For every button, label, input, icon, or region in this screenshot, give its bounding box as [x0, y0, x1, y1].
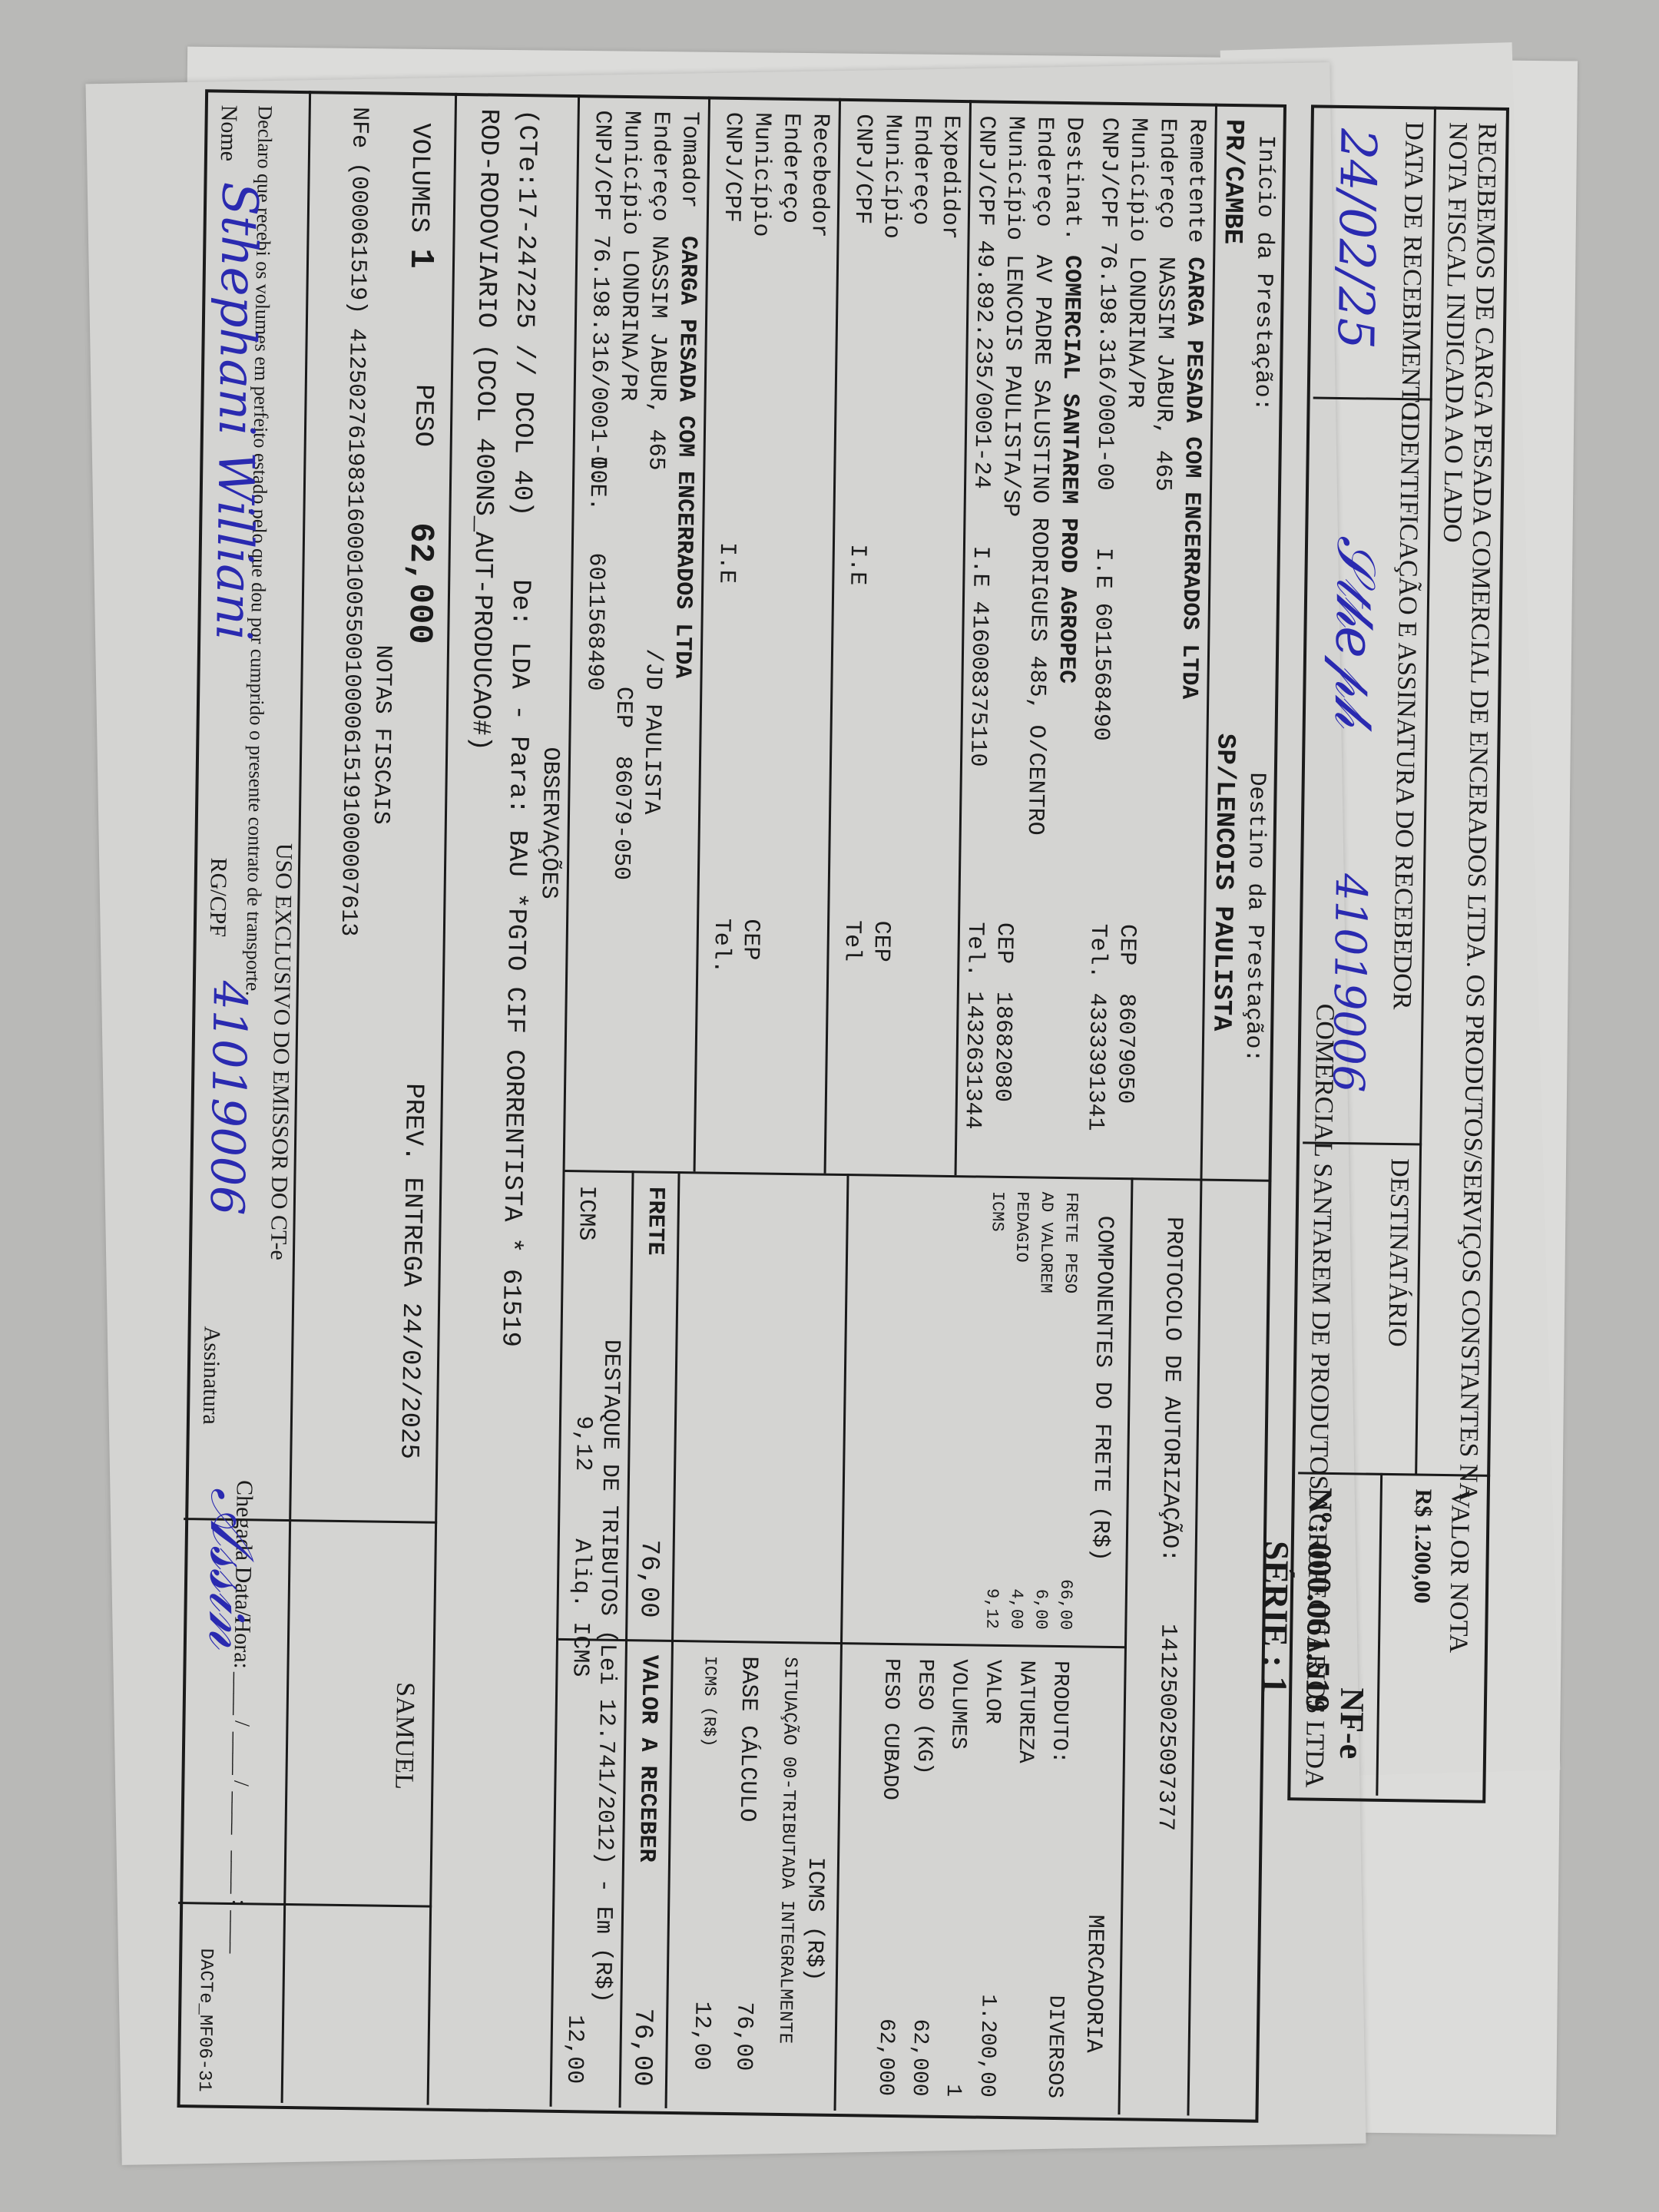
- destinatario-municipio-label: Município: [1001, 116, 1028, 240]
- remetente-tel: 4333391341: [1081, 992, 1110, 1131]
- mercadoria-list: PRODUTO:DIVERSOSNATUREZAVALOR1.200,00VOL…: [868, 1658, 1077, 2099]
- remetente-ie-label: I.E: [1089, 547, 1116, 588]
- destinatario-cnpj: 49.892.235/0001-24: [968, 240, 998, 489]
- mercadoria-row: PESO (KG)62,000: [902, 1658, 942, 2097]
- destinatario-cnpj-label: CNPJ/CPF: [972, 115, 999, 226]
- remetente-tel-label: Tel.: [1084, 923, 1111, 979]
- componente-row-value: 9,12: [979, 1588, 1004, 1629]
- tributos-icms-value: 9,12: [569, 1416, 596, 1471]
- mercadoria-row: PRODUTO:DIVERSOS: [1037, 1661, 1077, 2099]
- mercadoria-row-label: PRODUTO:: [1041, 1661, 1077, 1764]
- notas-fiscais-title: NOTAS FISCAIS: [367, 644, 396, 824]
- prev-entrega-label: PREV. ENTREGA: [396, 1083, 428, 1287]
- componente-row-value: 6,00: [1028, 1589, 1053, 1630]
- componente-row-label: PEDAGIO: [1008, 1191, 1034, 1263]
- tomador-endereco: NASSIM JABUR, 465: [642, 235, 671, 471]
- destinatario-cep: 18682080: [988, 992, 1016, 1102]
- recebedor-signature: 𝒮𝓉𝒽𝑒𝓅𝒽: [1322, 535, 1388, 728]
- tomador-bairro: /JD PAULISTA: [637, 648, 666, 815]
- tomador-cnpj: 76.198.316/0001-00: [584, 234, 614, 484]
- destino-label: Destino da Prestação:: [1240, 772, 1270, 1063]
- nome-label: Nome: [215, 104, 242, 161]
- expedidor-tel-label: Tel: [838, 920, 865, 962]
- remetente-endereco-label: Endereço: [1153, 118, 1181, 229]
- recebedor-endereco-label: Endereço: [777, 113, 804, 224]
- volumes-label: VOLUMES: [404, 123, 435, 233]
- remetente-cep-label: CEP: [1113, 924, 1140, 965]
- tributos-aliq-value: 12,00: [561, 2015, 588, 2084]
- componente-row-label: FRETE PESO: [1057, 1192, 1083, 1293]
- destinatario-tel: 1432631344: [959, 991, 987, 1129]
- frete-value: 76,00: [633, 1539, 663, 1618]
- prev-entrega-value: 24/02/2025: [393, 1303, 425, 1460]
- remetente-cnpj-label: CNPJ/CPF: [1094, 117, 1122, 227]
- mercadoria-title: MERCADORIA: [1080, 1914, 1108, 2052]
- expedidor-municipio-label: Município: [878, 114, 906, 239]
- valor-nota-label: VALOR NOTA: [1443, 1489, 1475, 1653]
- componentes-list: FRETE PESO66,00AD VALOREM6,00PEDAGIO4,00…: [979, 1191, 1083, 1631]
- tomador-cnpj-label: CNPJ/CPF: [588, 110, 615, 220]
- origem-label: Início da Prestação:: [1248, 134, 1278, 412]
- componentes-title: COMPONENTES DO FRETE (R$): [1087, 1216, 1118, 1562]
- mercadoria-row: NATUREZA: [1003, 1660, 1043, 2098]
- icms-base-value: 76,00: [730, 2002, 757, 2071]
- destinatario-ie: 416008375110: [964, 601, 992, 767]
- destinatario-municipio: LENCOIS PAULISTA/SP: [996, 254, 1026, 518]
- componente-row-value: 66,00: [1052, 1579, 1078, 1630]
- peso-value: 62,000: [399, 522, 439, 644]
- expedidor-cnpj-label: CNPJ/CPF: [849, 114, 876, 224]
- tomador-cep: 86079-050: [608, 756, 635, 880]
- expedidor-cep-label: CEP: [867, 920, 894, 962]
- serie: SÉRIE : 1: [1254, 1541, 1297, 1694]
- dacte-document: RECEBEMOS DE CARGA PESADA COMERCIAL DE E…: [176, 89, 1509, 2119]
- observacoes-title: OBSERVAÇÕES: [535, 747, 563, 899]
- frete-label: FRETE: [641, 1186, 668, 1255]
- form-code: DACTe_MF06-31: [194, 1948, 217, 2092]
- recebedor-label: Recebedor: [806, 113, 833, 237]
- assinatura-signature: 𝒜𝓈𝓈𝒾𝓃: [194, 1487, 269, 1649]
- valor-receber-label: VALOR A RECEBER: [633, 1654, 662, 1862]
- destinatario-label: Destinat.: [1059, 117, 1087, 241]
- destinatario-cep-label: CEP: [990, 922, 1017, 964]
- componente-row-label: AD VALOREM: [1032, 1191, 1058, 1293]
- tributos-aliq-label: Aliq. ICMS: [566, 1538, 594, 1677]
- mercadoria-row-label: NATUREZA: [1008, 1660, 1043, 1763]
- rg-label: RG/CPF: [204, 857, 231, 937]
- destinatario-label: DESTINATÁRIO: [1382, 1158, 1413, 1347]
- mercadoria-row-label: VOLUMES: [940, 1659, 975, 1750]
- tomador-ie: 6011568490: [581, 552, 609, 690]
- protocolo-label: PROTOCOLO DE AUTORIZAÇÃO:: [1156, 1217, 1187, 1563]
- mercadoria-row-label: VALOR: [975, 1659, 1009, 1724]
- remetente-ie: 6011568490: [1087, 602, 1115, 740]
- data-recebimento-value: 24/02/25: [1326, 128, 1386, 349]
- mercadoria-row-value: DIVERSOS: [1037, 1995, 1072, 2098]
- componente-row-value: 4,00: [1003, 1588, 1028, 1629]
- remetente-endereco: NASSIM JABUR, 465: [1149, 257, 1178, 492]
- remetente-municipio-label: Município: [1124, 118, 1151, 242]
- mercadoria-row: VALOR1.200,00: [969, 1659, 1009, 2098]
- tomador-label: Tomador: [675, 111, 703, 208]
- componente-row-label: ICMS: [985, 1191, 1010, 1232]
- peso-label: PESO: [408, 384, 438, 447]
- destinatario-tel-label: Tel.: [961, 922, 988, 977]
- tomador-municipio-label: Município: [617, 111, 644, 235]
- tomador-municipio: LONDRINA/PR: [614, 249, 643, 402]
- volumes-value: 1: [401, 248, 439, 269]
- destinatario-ie-label: I.E: [966, 545, 993, 587]
- icms-title: ICMS (R$): [800, 1856, 828, 1981]
- icms-base-label: BASE CÁLCULO: [733, 1656, 762, 1823]
- remetente-municipio: LONDRINA/PR: [1121, 256, 1149, 409]
- assinatura-label: Assinatura: [197, 1326, 225, 1425]
- recebedor-municipio-label: Município: [747, 112, 775, 237]
- nfe-label: NF-e: [1332, 1687, 1372, 1760]
- mercadoria-row-value: 62,000: [868, 2018, 902, 2096]
- recebedor-ie-label: I.E: [713, 542, 740, 584]
- expedidor-ie-label: I.E: [843, 544, 870, 585]
- mercadoria-row-value: 1: [935, 2084, 969, 2097]
- nfe-numero: Nº: 000.061.519: [1298, 1487, 1340, 1712]
- remetente-label: Remetente: [1181, 118, 1209, 243]
- valor-nota-value: R$ 1.200,00: [1409, 1488, 1436, 1604]
- icms-value: 12,00: [687, 2001, 714, 2070]
- expedidor-endereco-label: Endereço: [907, 114, 935, 225]
- tomador-ie-label: I.E.: [584, 455, 611, 511]
- recebedor-cep-label: CEP: [737, 919, 763, 960]
- remetente-cep: 86079050: [1111, 993, 1139, 1104]
- tomador-cep-label: CEP: [610, 687, 637, 728]
- expedidor-label: Expedidor: [936, 115, 964, 240]
- rg-value: 41019006: [200, 980, 257, 1215]
- origem-value: PR/CAMBE: [1217, 119, 1247, 245]
- recebedor-tel-label: Tel.: [707, 919, 734, 974]
- icms-value-label: ICMS (R$): [699, 1655, 720, 1747]
- nome-value: Sthephani Williani: [204, 181, 267, 641]
- mercadoria-row: PESO CUBADO62,000: [868, 1658, 908, 2097]
- mercadoria-row-value: 62,000: [902, 2018, 936, 2096]
- chegada-field[interactable]: ____ / ____ / ____ ____ : ____: [226, 1672, 254, 1954]
- destino-value: SP/LENCOIS PAULISTA: [1206, 733, 1239, 1031]
- tributos-icms-label: ICMS: [572, 1185, 599, 1240]
- tomador-endereco-label: Endereço: [646, 111, 674, 221]
- data-recebimento-label: DATA DE RECEBIMENTO: [1395, 121, 1428, 421]
- protocolo-value: 141250025097377: [1152, 1624, 1181, 1831]
- remetente-cnpj: 76.198.316/0001-00: [1091, 242, 1121, 492]
- mercadoria-row-label: PESO CUBADO: [872, 1658, 908, 1800]
- valor-receber-value: 76,00: [627, 2008, 657, 2087]
- mercadoria-row-value: 1.200,00: [969, 1994, 1005, 2098]
- mercadoria-row: VOLUMES1: [935, 1659, 975, 2098]
- destinatario-endereco-label: Endereço: [1030, 116, 1058, 227]
- motorista: SAMUEL: [389, 1682, 419, 1790]
- recebedor-cnpj-label: CNPJ/CPF: [718, 112, 746, 223]
- mercadoria-row-label: PESO (KG): [906, 1658, 942, 1775]
